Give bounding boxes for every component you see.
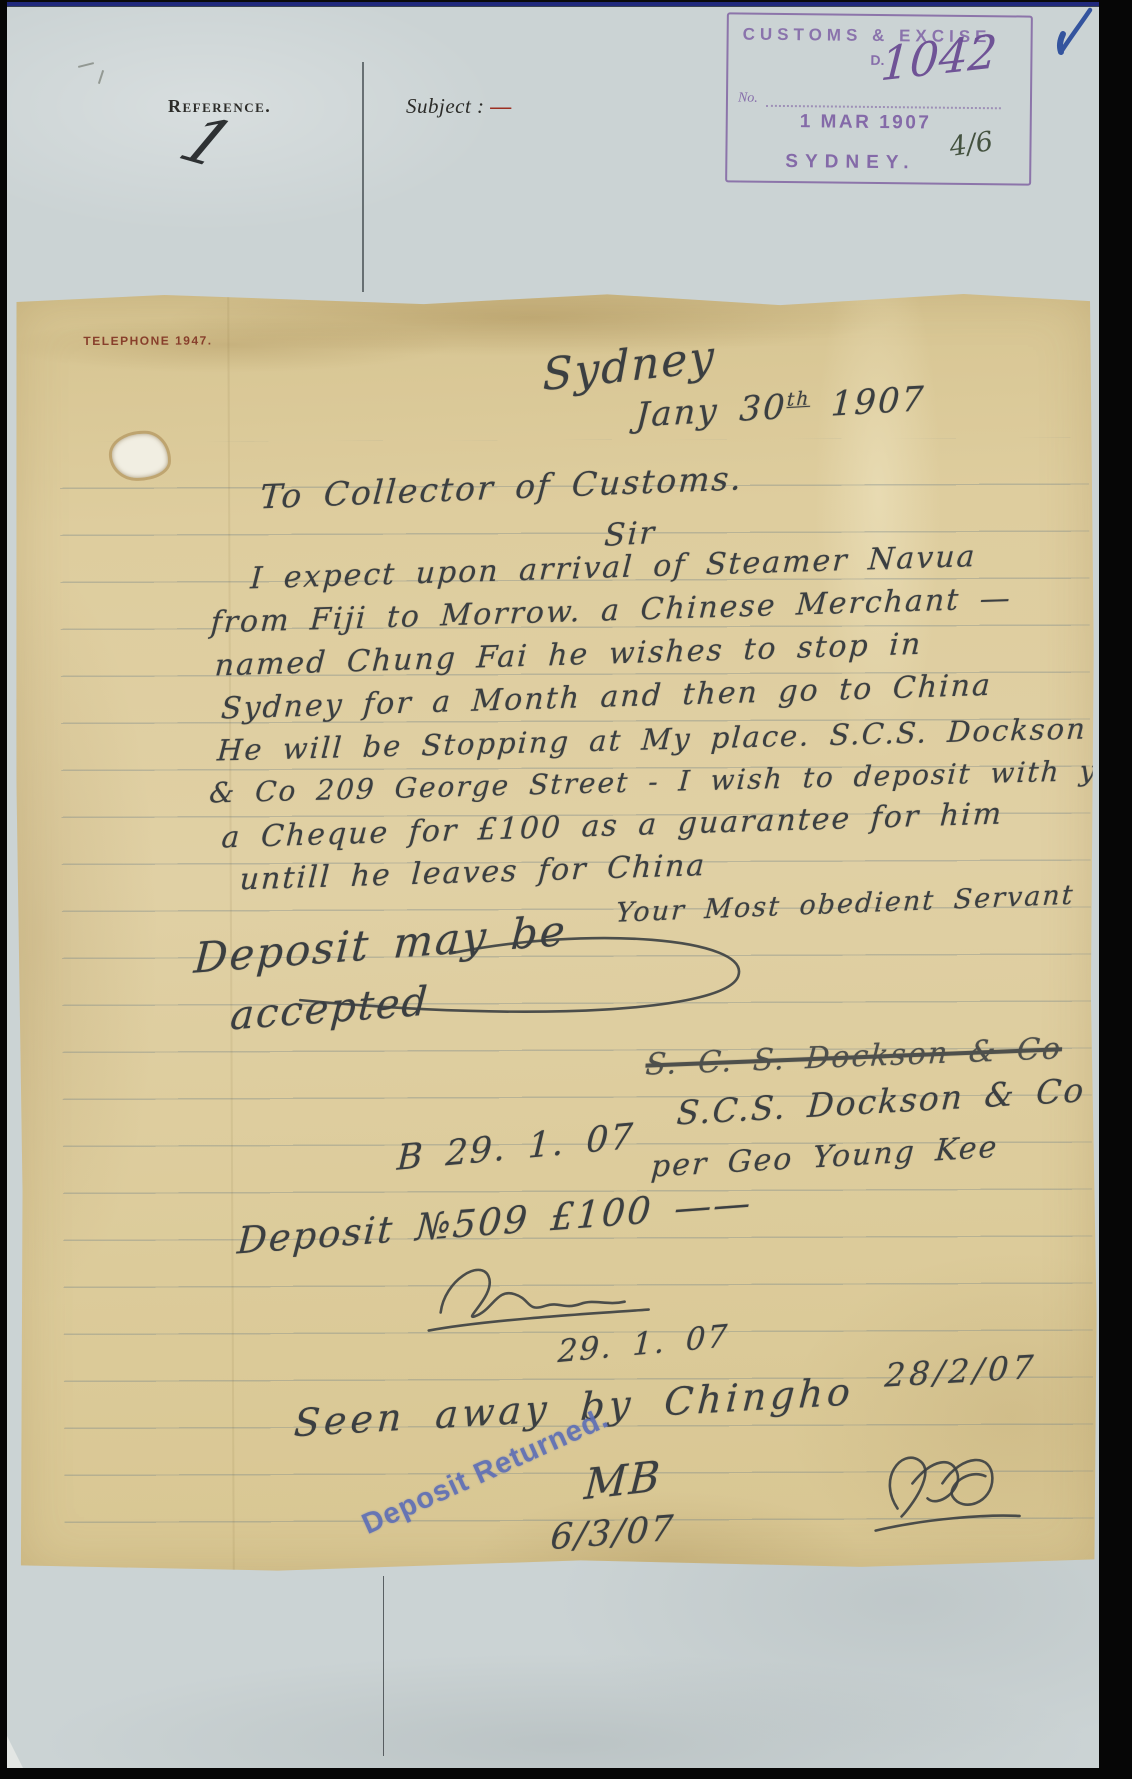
letter-closing: Your Most obedient Servant — [615, 880, 1076, 929]
subject-red-dash: — — [490, 94, 509, 118]
monogram-signature-scribble — [857, 1438, 1032, 1544]
ink-check-mark — [1046, 6, 1100, 70]
letter-date: Jany 30th 1907 — [635, 379, 926, 436]
paper-hole — [112, 434, 168, 478]
stamp-no-label: No. — [738, 91, 758, 107]
customs-stamp: CUSTOMS & EXCISE D. 1042 No. 1 MAR 1907 … — [725, 12, 1033, 185]
stamp-fee-note-handwritten: 4/6 — [947, 126, 995, 163]
letter-paper: TELEPHONE 1947. Sydney Jany 30th 1907 To… — [13, 290, 1099, 1575]
per-line: per Geo Young Kee — [650, 1130, 1000, 1185]
form-column-divider — [362, 62, 364, 292]
letter-signature: S.C.S. Dockson & Co — [676, 1070, 1087, 1132]
scan-border-right — [1099, 0, 1132, 1779]
pencil-mark — [78, 62, 94, 68]
subject-label: Subject : — — [406, 94, 509, 119]
letter-date-ordinal: th — [786, 388, 811, 410]
stamp-city: SYDNEY. — [785, 151, 916, 174]
returned-initials: MB — [583, 1451, 664, 1509]
seen-away-line: Seen away by Chingho 28/2/07 — [293, 1359, 1038, 1445]
letter-place: Sydney — [542, 331, 716, 401]
flourish-bracket — [290, 924, 760, 1036]
letter-date-day: Jany 30 — [635, 387, 788, 436]
seen-away-date: 28/2/07 — [884, 1348, 1039, 1395]
scan-border-left — [0, 0, 7, 1779]
scan-border-bottom — [0, 1768, 1132, 1779]
page-corner-wedge — [7, 1736, 23, 1768]
stamp-dotted-line — [766, 91, 1001, 109]
letter-to-line: To Collector of Customs. — [259, 458, 744, 516]
pencil-mark — [98, 70, 104, 84]
letter-salutation: Sir — [603, 515, 657, 554]
returned-date: 6/3/07 — [549, 1509, 676, 1559]
scan-border-top — [0, 0, 1132, 7]
subject-label-text: Subject : — [406, 94, 485, 118]
letter-date-year: 1907 — [830, 379, 926, 425]
approval-date: B 29. 1. 07 — [396, 1117, 636, 1179]
letterhead-telephone: TELEPHONE 1947. — [83, 333, 212, 348]
body-line: untill he leaves for China — [239, 848, 707, 897]
stamp-date: 1 MAR 1907 — [800, 111, 932, 134]
scanned-document-page: Reference. 1 Subject : — CUSTOMS & EXCIS… — [0, 0, 1132, 1779]
paper-fold-line — [383, 1576, 384, 1756]
